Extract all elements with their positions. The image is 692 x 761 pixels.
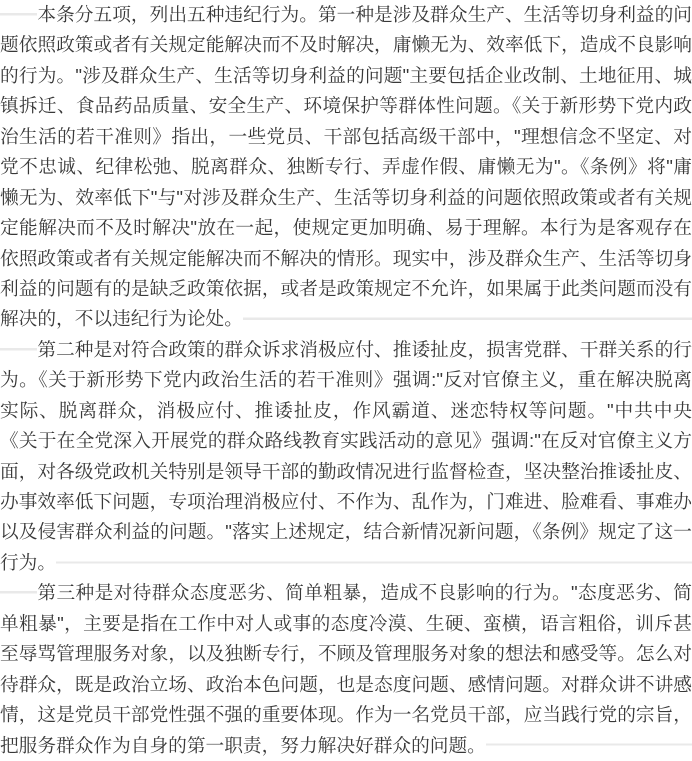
paragraph: 第三种是对待群众态度恶劣、简单粗暴，造成不良影响的行为。"态度恶劣、简单粗暴"，… [0,578,692,761]
paragraph: 本条分五项，列出五种违纪行为。第一种是涉及群众生产、生活等切身利益的问题依照政策… [0,0,692,335]
paragraph: 第二种是对符合政策的群众诉求消极应付、推诿扯皮，损害党群、干群关系的行为。《关于… [0,335,692,579]
paragraph-text: 第二种是对符合政策的群众诉求消极应付、推诿扯皮，损害党群、干群关系的行为。《关于… [0,339,692,573]
paragraph-text: 第三种是对待群众态度恶劣、简单粗暴，造成不良影响的行为。"态度恶劣、简单粗暴"，… [0,582,692,755]
document-body: 本条分五项，列出五种违纪行为。第一种是涉及群众生产、生活等切身利益的问题依照政策… [0,0,692,761]
paragraph-text: 本条分五项，列出五种违纪行为。第一种是涉及群众生产、生活等切身利益的问题依照政策… [0,4,692,329]
